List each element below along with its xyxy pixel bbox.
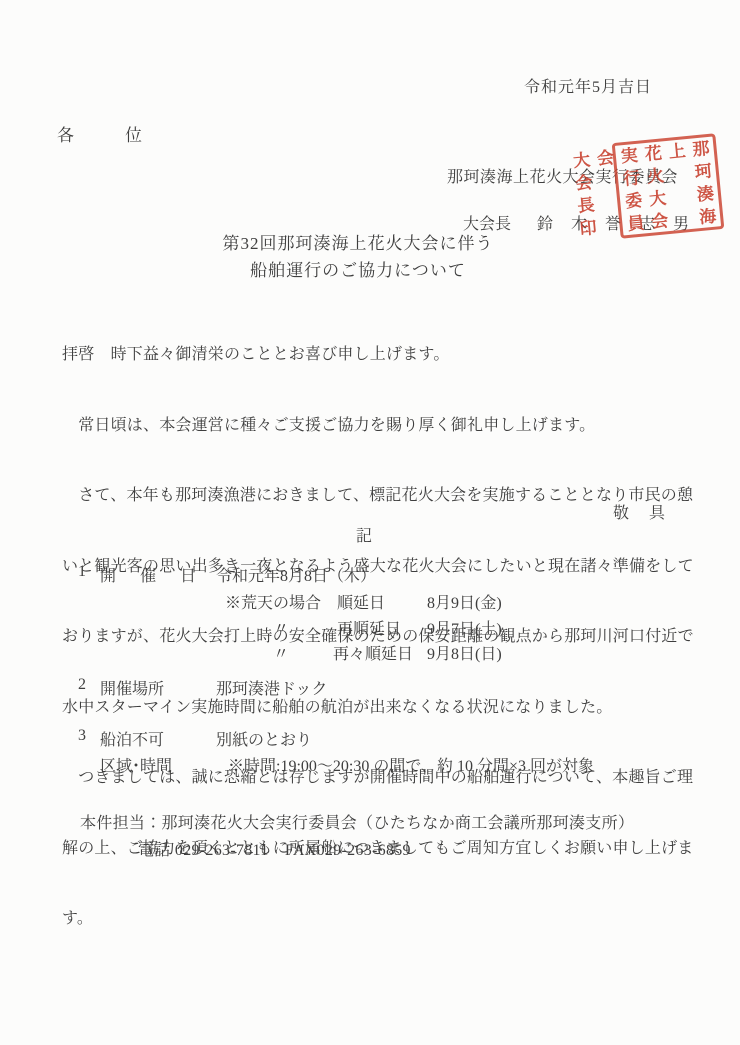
closing-keigu: 敬 具 bbox=[613, 500, 667, 523]
item2-label: 開催場所 bbox=[100, 676, 164, 699]
letter-title-line1: 第32回那珂湊海上花火大会に伴う bbox=[0, 229, 728, 254]
ditto-mark: 〃 bbox=[225, 616, 337, 639]
scanned-letter-page: 令和元年5月吉日 各 位 那珂湊海上花火大会実行委員会 大会長鈴 木 誉 志 男… bbox=[0, 0, 740, 1045]
postpone2-date: 9月7日(土) bbox=[427, 616, 502, 639]
postpone1-label: 順延日 bbox=[337, 590, 385, 613]
postpone1-date: 8月9日(金) bbox=[427, 590, 502, 613]
committee-seal-stamp: 那珂湊海上 花火大会 実行委員会 大会長印 bbox=[612, 133, 725, 239]
seal-column: 那珂湊海上 bbox=[662, 139, 718, 229]
item3-value-line2: ※時間:19:00～20:30 の間で、約 10 分間×3 回が対象 bbox=[228, 753, 594, 776]
body-line: 拝啓 時下益々御清栄のこととお喜び申し上げます。 bbox=[62, 343, 702, 367]
item3-label-line2: 区域･時間 bbox=[100, 753, 172, 776]
body-line: す。 bbox=[62, 907, 702, 931]
record-heading: 記 bbox=[0, 523, 728, 546]
ditto-mark: 〃 bbox=[225, 641, 337, 664]
item1-label: 開 催 日 bbox=[100, 563, 206, 586]
body-line: 常日頃は、本会運営に種々ご支援ご協力を賜り厚く御礼申し上げます。 bbox=[62, 414, 702, 438]
item1-value: 令和元年8月8日（木） bbox=[216, 563, 376, 586]
item3-number: 3 bbox=[78, 727, 86, 745]
date-line: 令和元年5月吉日 bbox=[524, 74, 652, 97]
postpone3-date: 9月8日(日) bbox=[427, 641, 502, 664]
body-line: さて、本年も那珂湊漁港におきまして、標記花火大会を実施することとなり市民の憩 bbox=[62, 484, 702, 508]
contact-line2: 電話 029-263-7811 FAX029-263-6859 bbox=[138, 837, 411, 860]
item2-number: 2 bbox=[78, 676, 86, 694]
contact-line1: 本件担当：那珂湊花火大会実行委員会（ひたちなか商工会議所那珂湊支所） bbox=[80, 810, 634, 833]
item3-label-line1: 船泊不可 bbox=[100, 727, 164, 750]
item3-value-line1: 別紙のとおり bbox=[216, 727, 312, 750]
letter-title-line2: 船舶運行のご協力について bbox=[0, 256, 728, 281]
recipient: 各 位 bbox=[57, 121, 142, 146]
postpone2-label: 再順延日 bbox=[337, 616, 401, 639]
seal-column: 実行委員会 bbox=[590, 146, 646, 236]
rain-case-label: ※荒天の場合 bbox=[225, 590, 337, 613]
body-line: 水中スターマイン実施時間に船舶の航泊が出来なくなる状況になりました。 bbox=[62, 696, 702, 720]
item2-value: 那珂湊港ドック bbox=[216, 676, 327, 699]
item1-number: 1 bbox=[78, 563, 86, 581]
postpone3-label: 再々順延日 bbox=[333, 641, 413, 664]
